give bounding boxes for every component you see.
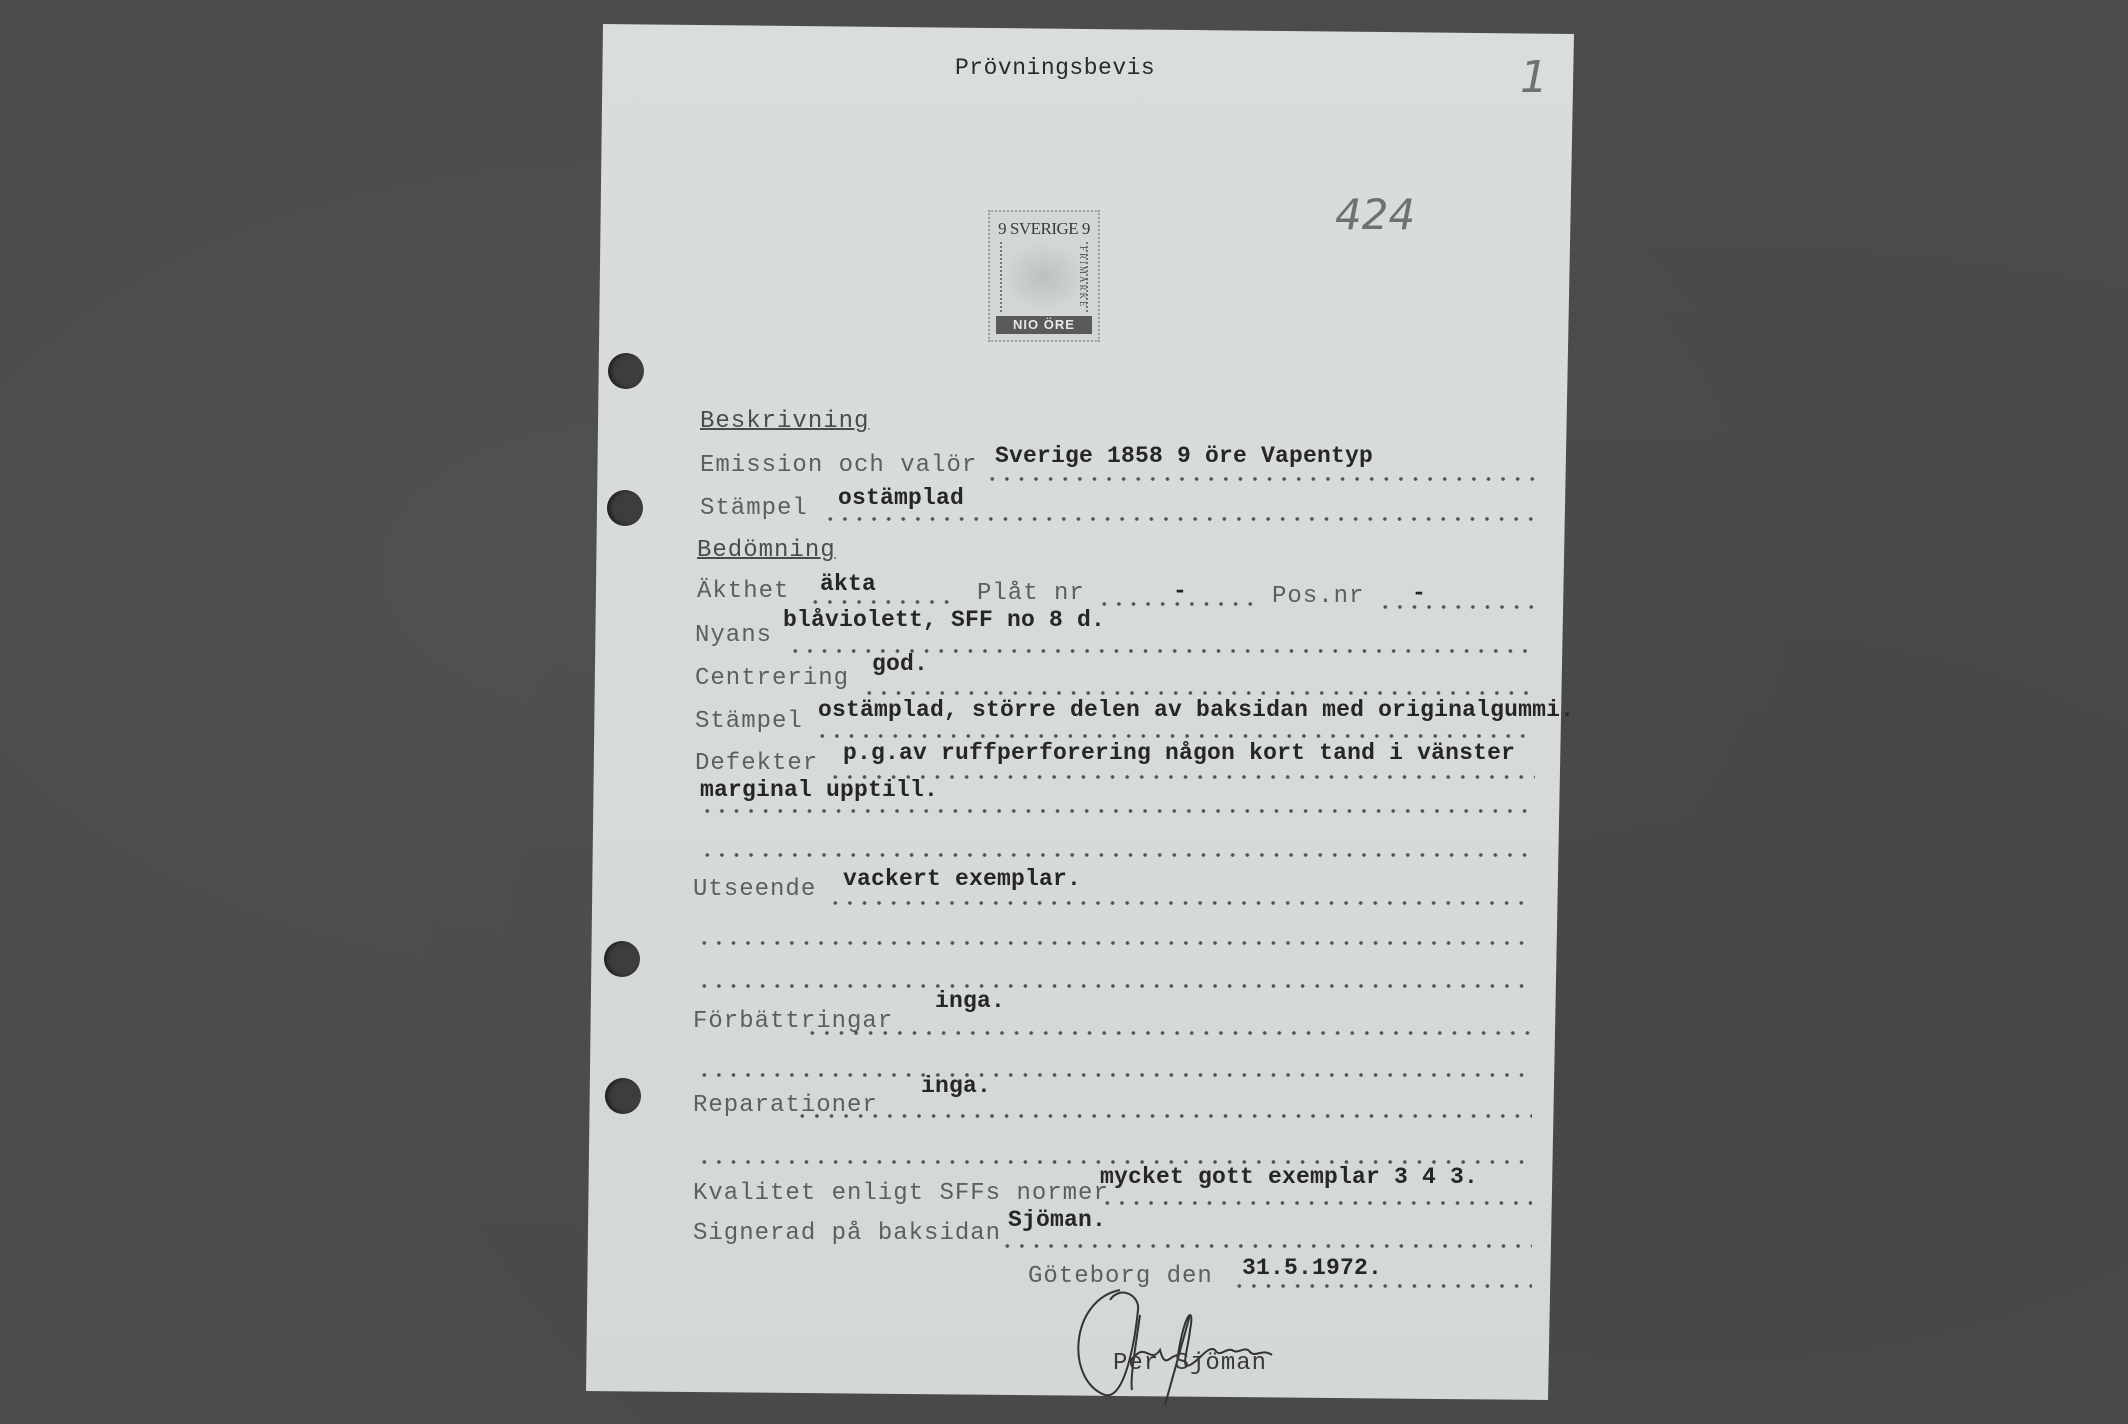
handwritten-signature	[1050, 1270, 1330, 1410]
document-title: Prövningsbevis	[955, 55, 1155, 81]
pos-nr-value: -	[1412, 580, 1426, 606]
reparationer-value: inga.	[921, 1073, 991, 1099]
nyans-value: blåviolett, SFF no 8 d.	[783, 607, 1105, 633]
page-number-mark: 1	[1520, 52, 1548, 103]
stampel-label: Stämpel	[700, 495, 808, 522]
defekter-value-line1: p.g.av ruffperforering någon kort tand i…	[843, 740, 1515, 766]
dotted-line	[808, 599, 958, 605]
defekter-value-line2: marginal upptill.	[700, 777, 938, 803]
section-heading-bedomning: Bedömning	[697, 537, 836, 564]
pos-nr-label: Pos.nr	[1272, 583, 1364, 610]
emission-label: Emission och valör	[700, 452, 977, 479]
dotted-line	[700, 808, 1532, 814]
nyans-label: Nyans	[695, 622, 772, 649]
punch-hole	[608, 353, 644, 389]
dotted-line	[823, 516, 1535, 522]
dotted-line	[697, 1072, 1532, 1078]
dotted-line	[1100, 1200, 1532, 1206]
stampel-detail-value: ostämplad, större delen av baksidan med …	[818, 697, 1574, 723]
dotted-line	[805, 1030, 1532, 1036]
centrering-value: god.	[872, 651, 928, 677]
kvalitet-value: mycket gott exemplar 3 4 3.	[1100, 1164, 1478, 1190]
centrering-label: Centrering	[695, 665, 849, 692]
plat-nr-label: Plåt nr	[977, 580, 1085, 607]
stampel-value: ostämplad	[838, 485, 964, 511]
dotted-line	[700, 852, 1532, 858]
dotted-line	[862, 690, 1535, 696]
stamp-bottom-text: NIO ÖRE	[996, 316, 1092, 334]
dotted-line	[1097, 601, 1257, 607]
defekter-label: Defekter	[695, 750, 818, 777]
dotted-line	[795, 1113, 1532, 1119]
stamp-image: 9 SVERIGE 9 FRIMÄRKE NIO ÖRE	[988, 210, 1100, 342]
signer-name: Per Sjöman	[1113, 1350, 1267, 1377]
forbattringar-value: inga.	[935, 988, 1005, 1014]
kvalitet-label: Kvalitet enligt SFFs normer	[693, 1180, 1109, 1207]
stamp-top-text: 9 SVERIGE 9	[996, 220, 1092, 238]
punch-hole	[604, 941, 640, 977]
dotted-line	[828, 900, 1532, 906]
signerad-value: Sjöman.	[1008, 1207, 1106, 1233]
punch-hole	[607, 490, 643, 526]
signerad-label: Signerad på baksidan	[693, 1220, 1001, 1247]
emission-value: Sverige 1858 9 öre Vapentyp	[995, 443, 1373, 469]
dotted-line	[815, 733, 1535, 739]
utseende-value: vackert exemplar.	[843, 866, 1081, 892]
utseende-label: Utseende	[693, 876, 816, 903]
dotted-line	[985, 476, 1535, 482]
akthet-label: Äkthet	[697, 578, 789, 605]
dotted-line	[697, 983, 1532, 989]
section-heading-beskrivning: Beskrivning	[700, 408, 869, 435]
stamp-coat-of-arms	[1000, 242, 1088, 312]
stampel-detail-label: Stämpel	[695, 708, 803, 735]
dotted-line	[1000, 1243, 1532, 1249]
handwritten-number: 424	[1335, 190, 1415, 239]
dotted-line	[697, 940, 1532, 946]
akthet-value: äkta	[820, 571, 876, 597]
dotted-line	[1378, 604, 1535, 610]
punch-hole	[605, 1078, 641, 1114]
stamp-side-text: FRIMÄRKE	[1078, 246, 1088, 309]
